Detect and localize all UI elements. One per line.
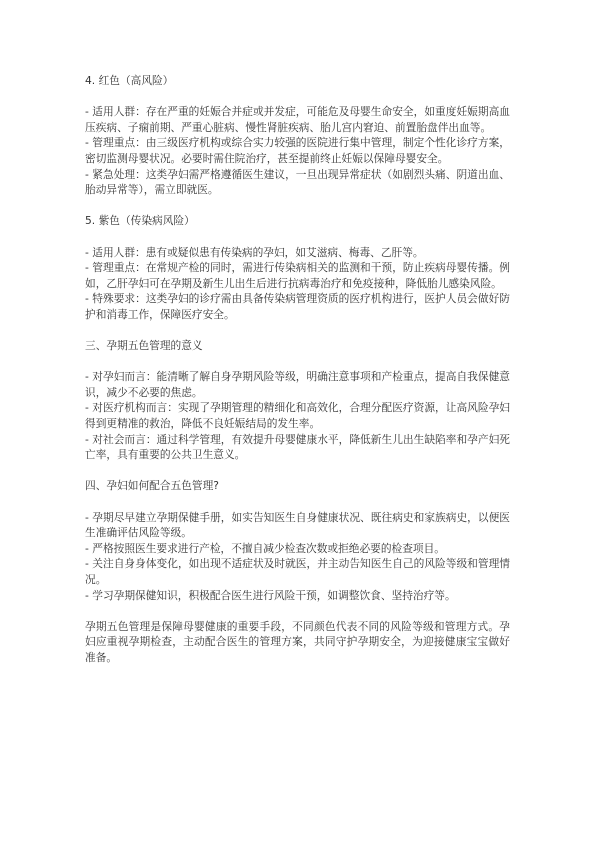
bullet-significance-for-medical-institutions: - 对医疗机构而言：实现了孕期管理的精细化和高效化，合理分配医疗资源，让高风险孕… [85, 400, 510, 431]
bullet-red-emergency-handling: - 紧急处理：这类孕妇需严格遵循医生建议，一旦出现异常症状（如剧烈头痛、阴道出血… [85, 167, 510, 198]
bullet-significance-for-pregnant-women: - 对孕妇而言：能清晰了解自身孕期风险等级，明确注意事项和产检重点，提高自我保健… [85, 369, 510, 400]
bullet-purple-applicable-group: - 适用人群：患有或疑似患有传染病的孕妇，如艾滋病、梅毒、乙肝等。 [85, 245, 510, 261]
section-red-high-risk-body: - 适用人群：存在严重的妊娠合并症或并发症，可能危及母婴生命安全，如重度妊娠期高… [85, 104, 510, 198]
bullet-cooperate-follow-checkups: - 严格按照医生要求进行产检，不擅自减少检查次数或拒绝必要的检查项目。 [85, 541, 510, 557]
section-heading-significance: 三、孕期五色管理的意义 [85, 338, 510, 354]
bullet-purple-special-requirements: - 特殊要求：这类孕妇的诊疗需由具备传染病管理资质的医疗机构进行，医护人员会做好… [85, 291, 510, 322]
bullet-purple-management-focus: - 管理重点：在常规产检的同时，需进行传染病相关的监测和干预，防止疾病母婴传播。… [85, 260, 510, 291]
section-significance-body: - 对孕妇而言：能清晰了解自身孕期风险等级，明确注意事项和产检重点，提高自我保健… [85, 369, 510, 463]
document-content: 4. 红色（高风险） - 适用人群：存在严重的妊娠合并症或并发症，可能危及母婴生… [85, 73, 510, 666]
bullet-red-applicable-group: - 适用人群：存在严重的妊娠合并症或并发症，可能危及母婴生命安全，如重度妊娠期高… [85, 104, 510, 135]
bullet-red-management-focus: - 管理重点：由三级医疗机构或综合实力较强的医院进行集中管理，制定个性化诊疗方案… [85, 135, 510, 166]
bullet-cooperate-health-handbook: - 孕期尽早建立孕期保健手册，如实告知医生自身健康状况、既往病史和家族病史，以便… [85, 510, 510, 541]
section-purple-infectious-risk-body: - 适用人群：患有或疑似患有传染病的孕妇，如艾滋病、梅毒、乙肝等。 - 管理重点… [85, 245, 510, 323]
section-heading-purple-infectious-risk: 5. 紫色（传染病风险） [85, 213, 510, 229]
section-how-to-cooperate-body: - 孕期尽早建立孕期保健手册，如实告知医生自身健康状况、既往病史和家族病史，以便… [85, 510, 510, 604]
section-heading-red-high-risk: 4. 红色（高风险） [85, 73, 510, 89]
closing-paragraph: 孕期五色管理是保障母婴健康的重要手段，不同颜色代表不同的风险等级和管理方式。孕妇… [85, 619, 510, 666]
bullet-cooperate-monitor-body-changes: - 关注自身身体变化，如出现不适症状及时就医，并主动告知医生自己的风险等级和管理… [85, 556, 510, 587]
section-heading-how-to-cooperate: 四、孕妇如何配合五色管理? [85, 478, 510, 494]
bullet-cooperate-learn-health-knowledge: - 学习孕期保健知识，积极配合医生进行风险干预，如调整饮食、坚持治疗等。 [85, 588, 510, 604]
bullet-significance-for-society: - 对社会而言：通过科学管理，有效提升母婴健康水平，降低新生儿出生缺陷率和孕产妇… [85, 432, 510, 463]
document-page: 4. 红色（高风险） - 适用人群：存在严重的妊娠合并症或并发症，可能危及母婴生… [0, 0, 595, 841]
